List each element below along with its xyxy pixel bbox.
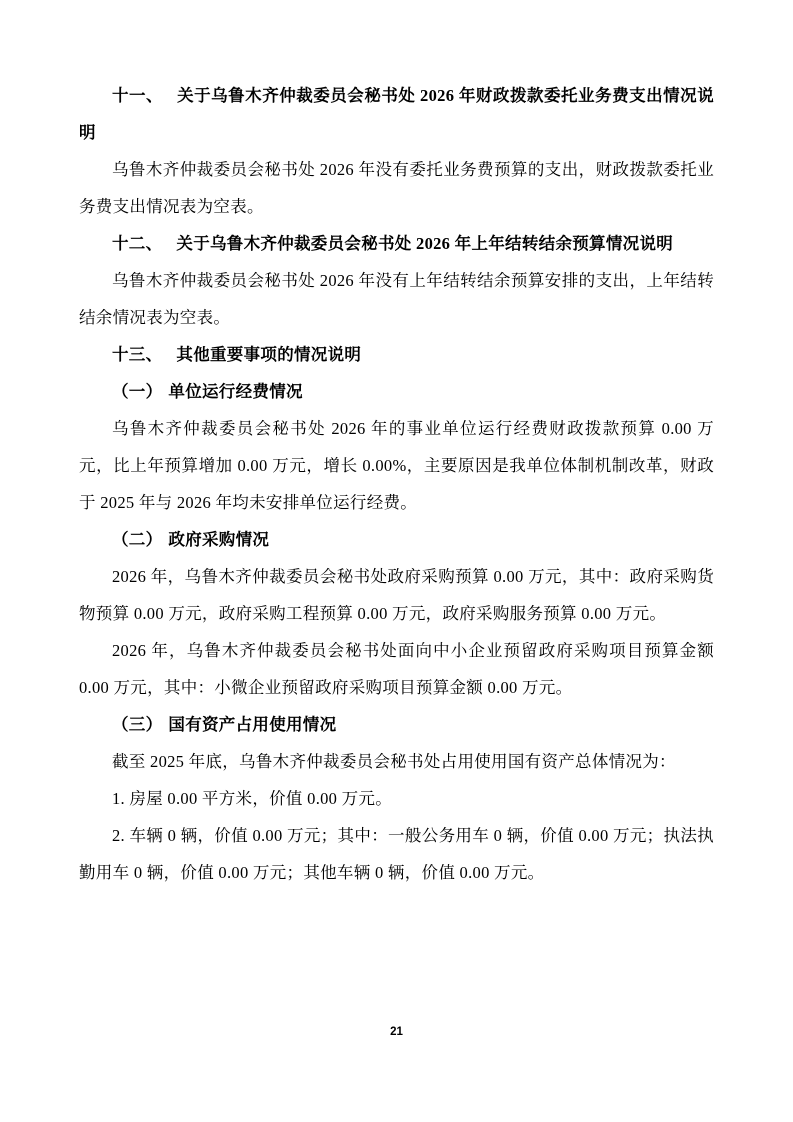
subsection-heading-text: 单位运行经费情况 <box>168 382 302 401</box>
section-heading-number: 十一、 <box>112 86 163 105</box>
body-paragraph: 1. 房屋 0.00 平方米，价值 0.00 万元。 <box>79 780 714 817</box>
subsection-heading-number: （一） <box>112 382 162 401</box>
section-heading-text: 关于乌鲁木齐仲裁委员会秘书处 2026 年财政拨款委托业务费支出情况说明 <box>79 86 714 142</box>
subsection-heading: （二）政府采购情况 <box>79 521 714 558</box>
page-number: 21 <box>0 1026 793 1038</box>
subsection-heading-number: （三） <box>112 715 162 734</box>
body-paragraph: 2026 年，乌鲁木齐仲裁委员会秘书处面向中小企业预留政府采购项目预算金额 0.… <box>79 632 714 706</box>
section-heading: 十三、其他重要事项的情况说明 <box>79 336 714 373</box>
document-page: 十一、关于乌鲁木齐仲裁委员会秘书处 2026 年财政拨款委托业务费支出情况说明乌… <box>0 0 793 1122</box>
body-paragraph: 乌鲁木齐仲裁委员会秘书处 2026 年没有上年结转结余预算安排的支出，上年结转结… <box>79 262 714 336</box>
section-heading-text: 关于乌鲁木齐仲裁委员会秘书处 2026 年上年结转结余预算情况说明 <box>176 234 673 253</box>
section-heading-number: 十二、 <box>112 234 162 253</box>
subsection-heading-number: （二） <box>112 530 162 549</box>
body-paragraph: 2. 车辆 0 辆，价值 0.00 万元；其中：一般公务用车 0 辆，价值 0.… <box>79 817 714 891</box>
section-heading: 十一、关于乌鲁木齐仲裁委员会秘书处 2026 年财政拨款委托业务费支出情况说明 <box>79 77 714 151</box>
section-heading: 十二、关于乌鲁木齐仲裁委员会秘书处 2026 年上年结转结余预算情况说明 <box>79 225 714 262</box>
body-paragraph: 乌鲁木齐仲裁委员会秘书处 2026 年的事业单位运行经费财政拨款预算 0.00 … <box>79 410 714 521</box>
section-heading-number: 十三、 <box>112 345 162 364</box>
body-paragraph: 2026 年，乌鲁木齐仲裁委员会秘书处政府采购预算 0.00 万元，其中：政府采… <box>79 558 714 632</box>
section-heading-text: 其他重要事项的情况说明 <box>176 345 361 364</box>
body-paragraph: 截至 2025 年底，乌鲁木齐仲裁委员会秘书处占用使用国有资产总体情况为： <box>79 743 714 780</box>
subsection-heading: （一）单位运行经费情况 <box>79 373 714 410</box>
document-content: 十一、关于乌鲁木齐仲裁委员会秘书处 2026 年财政拨款委托业务费支出情况说明乌… <box>79 77 714 891</box>
subsection-heading-text: 国有资产占用使用情况 <box>168 715 336 734</box>
subsection-heading-text: 政府采购情况 <box>168 530 269 549</box>
body-paragraph: 乌鲁木齐仲裁委员会秘书处 2026 年没有委托业务费预算的支出，财政拨款委托业务… <box>79 151 714 225</box>
subsection-heading: （三）国有资产占用使用情况 <box>79 706 714 743</box>
